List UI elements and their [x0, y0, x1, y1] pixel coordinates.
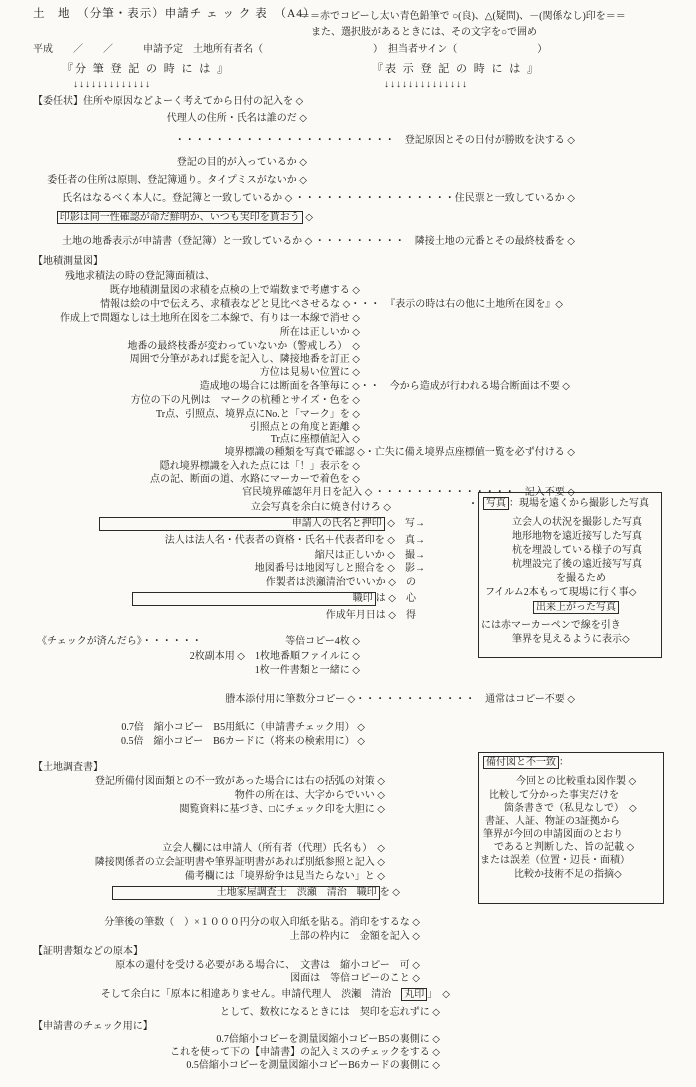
- checklist-line: 謄本添付用に筆数分コピー ◇・・・・・・・・・・・・ 通常はコピー不要 ◇: [225, 694, 575, 706]
- checklist-line: 0.7倍縮小コピーを測量図縮小コピーB5の裏側に ◇: [216, 1034, 440, 1046]
- line-text: 0.5倍 縮小コピー B6カードに（将来の検索用に） ◇: [121, 736, 365, 747]
- checklist-line: 造成地の場合には断面を各筆毎に ◇・・ 今から造成が行われる場合断面は不要 ◇: [200, 381, 570, 393]
- line-text: 所在は正しいか ◇: [280, 327, 360, 338]
- section-title: 【地積測量図】: [33, 256, 103, 268]
- check-diamond-icon: ◇: [352, 409, 360, 420]
- checklist-line: 0.5倍縮小コピーを測量図縮小コピーB6カードの裏側に ◇: [186, 1060, 440, 1072]
- checklist-line: これを使って下の【申請書】の記入ミスのチェックをする ◇: [170, 1047, 440, 1059]
- check-diamond-icon: ◇: [352, 665, 360, 676]
- checklist-line: 隣接関係者の立会証明書や筆界証明書があれば別紙参照と記入 ◇: [95, 857, 385, 869]
- photo-note-line: には赤マーカーペンで線を引き: [481, 620, 621, 632]
- line-text: 【申請書のチェック用に】: [33, 1021, 153, 1032]
- checklist-line: Tr点、引照点、境界点にNo.と「マーク」を ◇: [156, 409, 360, 421]
- line-text: 点の記、断面の道、水路にマーカーで着色を ◇: [150, 474, 360, 485]
- date-line: 平成 ／ ／ 申請予定 土地所有者名（ ） 担当者サイン（ ）: [33, 44, 547, 56]
- check-diamond-icon: ◇: [352, 395, 360, 406]
- down-arrows-icon: ↓↓↓↓↓↓↓↓↓↓↓↓↓: [73, 79, 151, 91]
- check-diamond-icon: ◇: [388, 593, 396, 604]
- check-diamond-icon: ◇: [352, 341, 360, 352]
- checklist-line: 方位は見易い位置に ◇: [260, 367, 360, 379]
- checklist-line: 縮尺は正しいか ◇ 撮→: [315, 550, 425, 562]
- line-text: 等倍コピー4枚 ◇: [285, 636, 360, 647]
- checklist-line: 登記の目的が入っているか ◇: [177, 157, 307, 169]
- checklist-line: 分筆後の筆数（ ）×１０００円分の収入印紙を貼る。消印をするな ◇: [104, 917, 420, 929]
- checklist-line: ・: [468, 499, 478, 511]
- check-diamond-icon: ◇: [432, 1060, 440, 1071]
- line-text: 境界標識の種類を写真で確認 ◇・亡失に備え境界点座標値一覧を必ず付ける ◇: [225, 447, 575, 458]
- check-diamond-icon: ◇: [387, 518, 395, 529]
- line-text: 地番の最終枝番が変わっていないか（警戒しろ） ◇: [127, 341, 360, 352]
- checklist-line: 原本の還付を受ける必要がある場合に、 文書は 縮小コピー 可 ◇: [115, 960, 420, 972]
- check-diamond-icon: ◇: [392, 887, 400, 898]
- title-note-2: また、選択肢があるときには、その文字を○で囲め: [311, 27, 537, 39]
- mismatch-note-line: または誤差（位置・辺長・面積）: [480, 855, 630, 867]
- title-note-1: ＝＝赤でコピーし太い青色鉛筆で ○(良)、△(疑問)、－(関係なし)印を＝＝: [300, 11, 626, 23]
- checklist-line: 方位の下の凡例は マークの杭種とサイズ・色を ◇: [131, 395, 360, 407]
- line-text: 委任者の住所は原則、登記簿通り。タイプミスがないか ◇: [47, 175, 307, 186]
- line-text: ・: [468, 499, 478, 510]
- checklist-line: Tr点に座標値記入 ◇: [271, 434, 360, 446]
- check-diamond-icon: ◇: [352, 422, 360, 433]
- line-text: 法人は法人名・代表者の資格・氏名＋代表者印を ◇ 真→: [165, 535, 425, 546]
- check-diamond-icon: ◇: [237, 651, 245, 662]
- line-text: 縮尺は正しいか ◇ 撮→: [315, 550, 425, 561]
- mismatch-note-line: 比較か技術不足の指摘◇: [514, 869, 622, 881]
- line-text: であると判断した、旨の記載 ◇: [494, 842, 634, 853]
- line-text: 図面は 等倍コピーのこと ◇: [290, 973, 420, 984]
- emphasis-box: 写真: [483, 497, 509, 510]
- check-diamond-icon: ◇: [412, 973, 420, 984]
- checklist-line: 所在は正しいか ◇: [280, 327, 360, 339]
- photo-note-line: 筆界を見えるように表示◇: [512, 634, 630, 646]
- line-text: 謄本添付用に筆数分コピー ◇・・・・・・・・・・・・ 通常はコピー不要 ◇: [225, 694, 575, 705]
- checklist-line: 代理人の住所・氏名は誰のだ ◇: [167, 113, 307, 125]
- line-text: 残地求積法の時の登記簿面積は、: [65, 271, 215, 282]
- check-diamond-icon: ◇: [432, 1034, 440, 1045]
- section-title: 【土地調査書】: [33, 762, 103, 774]
- check-diamond-icon: ◇: [352, 381, 360, 392]
- line-text: 周囲で分筆があれば髭を記入し、隣接地番を訂正 ◇: [130, 354, 360, 365]
- check-diamond-icon: ◇: [377, 843, 385, 854]
- page-title: 土 地 （分筆・表示）申請チ ェ ッ ク 表 （A4）: [33, 8, 316, 20]
- emphasis-box: 備付図と不一致: [483, 756, 559, 769]
- check-diamond-icon: ◇: [352, 313, 360, 324]
- line-text: 作成上で問題なしは土地所在図を二本線で、有りは一本線で消せ ◇: [60, 313, 360, 324]
- checklist-line: 土地の地番表示が申請書（登記簿）と一致しているか ◇ ・・・・・・・・・ 隣接土…: [62, 236, 575, 248]
- checklist-line: 2枚副本用 ◇ 1枚地番順ファイルに ◇: [190, 651, 360, 663]
- check-diamond-icon: ◇: [377, 776, 385, 787]
- line-text: 方位の下の凡例は マークの杭種とサイズ・色を ◇: [131, 395, 360, 406]
- check-diamond-icon: ◇: [305, 236, 313, 247]
- check-diamond-icon: ◇: [352, 636, 360, 647]
- checklist-line: 委任者の住所は原則、登記簿通り。タイプミスがないか ◇: [47, 175, 307, 187]
- check-diamond-icon: ◇: [567, 236, 575, 247]
- line-text: 引照点との角度と距離 ◇: [250, 422, 360, 433]
- check-diamond-icon: ◇: [377, 857, 385, 868]
- check-diamond-icon: ◇: [387, 563, 395, 574]
- checklist-line: 地図番号は地図写しと照合を ◇ 影→: [255, 563, 425, 575]
- photo-note-line: 出来上がった写真: [533, 602, 619, 614]
- line-text: 0.7倍縮小コピーを測量図縮小コピーB5の裏側に ◇: [216, 1034, 440, 1045]
- check-diamond-icon: ◇: [412, 931, 420, 942]
- emphasis-box: 土地家屋調査士 渋瀬 清治 職印: [112, 886, 380, 900]
- checklist-line: そして余白に「原本に相違ありません。申請代理人 渋瀬 清治 丸印」 ◇: [101, 989, 450, 1001]
- check-diamond-icon: ◇: [629, 776, 637, 787]
- checklist-line: 登記所備付図面類との不一致があった場合には右の括弧の対策 ◇: [95, 776, 385, 788]
- photo-note-line: 杭を埋設している様子の写真: [512, 545, 642, 557]
- line-text: を撮るため: [556, 573, 606, 584]
- check-diamond-icon: ◇: [357, 447, 365, 458]
- line-text: これを使って下の【申請書】の記入ミスのチェックをする ◇: [170, 1047, 440, 1058]
- check-diamond-icon: ◇: [357, 736, 365, 747]
- checklist-line: 作成上で問題なしは土地所在図を二本線で、有りは一本線で消せ ◇: [60, 313, 360, 325]
- check-diamond-icon: ◇: [383, 502, 391, 513]
- check-diamond-icon: ◇: [622, 634, 630, 645]
- photo-note-line: 杭埋設完了後の遠近接写写真: [512, 559, 642, 571]
- check-sheet: 土 地 （分筆・表示）申請チ ェ ッ ク 表 （A4） ＝＝赤でコピーし太い青色…: [0, 0, 696, 1087]
- checklist-line: 備考欄には「境界紛争は見当たらない」と ◇: [185, 871, 385, 883]
- mismatch-note-line: 比較して分かった事実だけを: [489, 790, 619, 802]
- checklist-line: 上部の枠内に 金額を記入 ◇: [290, 931, 420, 943]
- check-diamond-icon: ◇: [352, 461, 360, 472]
- check-diamond-icon: ◇: [388, 577, 396, 588]
- line-text: ◇ 写→: [385, 518, 425, 529]
- line-text: 筆界が今回の申請図面のとおり: [483, 829, 623, 840]
- checklist-line: 隠れ境界標識を入れた点には「！」表示を ◇: [160, 461, 360, 473]
- check-diamond-icon: ◇: [629, 587, 637, 598]
- checklist-line: 点の記、断面の道、水路にマーカーで着色を ◇: [150, 474, 360, 486]
- line-text: 杭埋設完了後の遠近接写写真: [512, 559, 642, 570]
- checklist-line: として、数枚になるときには 契印を忘れずに ◇: [220, 1007, 440, 1019]
- check-diamond-icon: ◇: [343, 299, 351, 310]
- line-text: ◇: [303, 212, 313, 223]
- mismatch-note-box: [478, 752, 664, 904]
- emphasis-box: 丸印: [401, 988, 427, 1001]
- checklist-line: 引照点との角度と距離 ◇: [250, 422, 360, 434]
- check-diamond-icon: ◇: [365, 487, 373, 498]
- line-text: 箇条書きで（私見なしで） ◇: [504, 803, 637, 814]
- check-diamond-icon: ◇: [352, 474, 360, 485]
- line-text: 比較して分かった事実だけを: [489, 790, 619, 801]
- line-text: 比較か技術不足の指摘◇: [514, 869, 622, 880]
- line-text: 造成地の場合には断面を各筆毎に ◇・・ 今から造成が行われる場合断面は不要 ◇: [200, 381, 570, 392]
- line-text: 立会人の状況を撮影した写真: [512, 517, 642, 528]
- checklist-line: 氏名はなるべく本人に。登記簿と一致しているか ◇ ・・・・・・・・・・・・・・・…: [62, 193, 575, 205]
- checklist-line: 0.5倍 縮小コピー B6カードに（将来の検索用に） ◇: [121, 736, 365, 748]
- check-diamond-icon: ◇: [377, 871, 385, 882]
- line-text: として、数枚になるときには 契印を忘れずに ◇: [220, 1007, 440, 1018]
- check-diamond-icon: ◇: [296, 96, 304, 107]
- checklist-line: 立会写真を余白に焼き付けろ ◇: [251, 502, 391, 514]
- check-diamond-icon: ◇: [299, 113, 307, 124]
- checklist-line: 閲覧資料に基づき、□にチェック印を大胆に ◇: [179, 804, 385, 816]
- photo-note-line: を撮るため: [556, 573, 606, 585]
- line-text: 土地の地番表示が申請書（登記簿）と一致しているか ◇ ・・・・・・・・・ 隣接土…: [62, 236, 575, 247]
- line-text: ・・・・・・・・・・・・・・・・・・・・・・ 登記原因とその日付が勝敗を決する …: [175, 135, 575, 146]
- check-diamond-icon: ◇: [299, 157, 307, 168]
- check-diamond-icon: ◇: [432, 1047, 440, 1058]
- mismatch-note-line: 箇条書きで（私見なしで） ◇: [504, 803, 637, 815]
- subheader-indication: 『表 示 登 記 の 時 に は 』: [372, 63, 540, 75]
- line-text: 情報は絵の中で伝えろ、求積表などと見比べさせるな ◇・・・ 『表示の時は右の他に…: [100, 299, 563, 310]
- line-text: 1枚一件書類と一緒に ◇: [255, 665, 360, 676]
- checklist-line: 印影は同一性確認が命だ鮮明か、いつも実印を貰おう ◇: [57, 212, 313, 224]
- checklist-line: 境界標識の種類を写真で確認 ◇・亡失に備え境界点座標値一覧を必ず付ける ◇: [225, 447, 575, 459]
- line-text: 立会写真を余白に焼き付けろ ◇: [251, 502, 391, 513]
- photo-note-line: 立会人の状況を撮影した写真: [512, 517, 642, 529]
- mismatch-note-line: 備付図と不一致：: [483, 757, 569, 769]
- line-text: 2枚副本用 ◇ 1枚地番順ファイルに ◇: [190, 651, 360, 662]
- photo-note-line: 地形地物を遠近接写した写真: [512, 531, 642, 543]
- emphasis-box: 申請人の氏名と押印: [99, 517, 385, 531]
- line-text: 杭を埋設している様子の写真: [512, 545, 642, 556]
- line-text: Tr点、引照点、境界点にNo.と「マーク」を ◇: [156, 409, 360, 420]
- check-diamond-icon: ◇: [567, 694, 575, 705]
- line-text: 《チェックが済んだら》・・・・・・: [37, 636, 202, 647]
- check-diamond-icon: ◇: [567, 447, 575, 458]
- check-diamond-icon: ◇: [352, 651, 360, 662]
- section-title: 【申請書のチェック用に】: [33, 1021, 153, 1033]
- line-text: 」 ◇: [427, 989, 450, 1000]
- mismatch-note-line: 書証、人証、物証の3証拠から: [485, 816, 620, 828]
- checklist-line: 情報は絵の中で伝えろ、求積表などと見比べさせるな ◇・・・ 『表示の時は右の他に…: [100, 299, 563, 311]
- check-diamond-icon: ◇: [567, 135, 575, 146]
- check-diamond-icon: ◇: [352, 367, 360, 378]
- check-diamond-icon: ◇: [629, 803, 637, 814]
- emphasis-box: 印影は同一性確認が命だ鮮明か、いつも実印を貰おう: [57, 211, 303, 224]
- check-diamond-icon: ◇: [352, 327, 360, 338]
- line-text: 原本の還付を受ける必要がある場合に、 文書は 縮小コピー 可 ◇: [115, 960, 420, 971]
- line-text: 地図番号は地図写しと照合を ◇ 影→: [255, 563, 425, 574]
- line-text: は ◇ 心: [376, 593, 416, 604]
- checklist-line: ・・・・・・・・・・・・・・・・・・・・・・ 登記原因とその日付が勝敗を決する …: [175, 135, 575, 147]
- photo-note-line: フイルム2本もって現場に行く事◇: [485, 587, 636, 599]
- line-text: 0.7倍 縮小コピー B5用紙に（申請書チェック用） ◇: [121, 722, 365, 733]
- checklist-line: 図面は 等倍コピーのこと ◇: [290, 973, 420, 985]
- line-text: 物件の所在は、大字からでいい ◇: [235, 790, 385, 801]
- check-diamond-icon: ◇: [347, 694, 355, 705]
- line-text: 隣接関係者の立会証明書や筆界証明書があれば別紙参照と記入 ◇: [95, 857, 385, 868]
- check-diamond-icon: ◇: [562, 381, 570, 392]
- mismatch-note-line: 筆界が今回の申請図面のとおり: [483, 829, 623, 841]
- checklist-line: 既存地積測量図の求積を点検の上で端数まで考慮する ◇: [110, 285, 360, 297]
- line-text: 登記所備付図面類との不一致があった場合には右の括弧の対策 ◇: [95, 776, 385, 787]
- checklist-line: 地番の最終枝番が変わっていないか（警戒しろ） ◇: [127, 341, 360, 353]
- line-text: フイルム2本もって現場に行く事◇: [485, 587, 636, 598]
- line-text: そして余白に「原本に相違ありません。申請代理人 渋瀬 清治: [101, 989, 402, 1000]
- line-text: 【委任状】住所や原因などよーく考えてから日付の記入を ◇: [33, 96, 303, 107]
- checklist-line: 作成年月日は ◇ 得: [326, 610, 416, 622]
- checklist-line: 作製者は渋瀬清治でいいか ◇ の: [266, 577, 416, 589]
- line-text: または誤差（位置・辺長・面積）: [480, 855, 630, 866]
- section-title: 【証明書類などの原本】: [33, 946, 143, 958]
- line-text: 立会人欄には申請人（所有者（代理）氏名も） ◇: [162, 843, 385, 854]
- line-text: 閲覧資料に基づき、□にチェック印を大胆に ◇: [179, 804, 385, 815]
- subheader-subdivision: 『分 筆 登 記 の 時 に は 』: [62, 63, 230, 75]
- line-text: 登記の目的が入っているか ◇: [177, 157, 307, 168]
- line-text: 書証、人証、物証の3証拠から: [485, 816, 620, 827]
- check-diamond-icon: ◇: [627, 842, 635, 853]
- checklist-line: 物件の所在は、大字からでいい ◇: [235, 790, 385, 802]
- check-diamond-icon: ◇: [432, 1007, 440, 1018]
- line-text: 【地積測量図】: [33, 256, 103, 267]
- checklist-line: 1枚一件書類と一緒に ◇: [255, 665, 360, 677]
- line-text: 上部の枠内に 金額を記入 ◇: [290, 931, 420, 942]
- line-text: 代理人の住所・氏名は誰のだ ◇: [167, 113, 307, 124]
- check-diamond-icon: ◇: [377, 804, 385, 815]
- line-text: Tr点に座標値記入 ◇: [271, 434, 360, 445]
- checklist-line: 土地家屋調査士 渋瀬 清治 職印を ◇: [112, 886, 400, 900]
- line-text: 今回との比較重ね図作製 ◇: [516, 776, 636, 787]
- line-text: 作成年月日は ◇ 得: [326, 610, 416, 621]
- check-diamond-icon: ◇: [387, 535, 395, 546]
- line-text: 隠れ境界標識を入れた点には「！」表示を ◇: [160, 461, 360, 472]
- checklist-line: 立会人欄には申請人（所有者（代理）氏名も） ◇: [162, 843, 385, 855]
- mismatch-note-line: であると判断した、旨の記載 ◇: [494, 842, 634, 854]
- line-text: 0.5倍縮小コピーを測量図縮小コピーB6カードの裏側に ◇: [186, 1060, 440, 1071]
- line-text: ：: [559, 757, 569, 768]
- line-text: 方位は見易い位置に ◇: [260, 367, 360, 378]
- line-text: ：現場を遠くから撮影した写真: [509, 498, 649, 509]
- line-text: 【土地調査書】: [33, 762, 103, 773]
- mismatch-note-line: 今回との比較重ね図作製 ◇: [516, 776, 636, 788]
- check-diamond-icon: ◇: [555, 299, 563, 310]
- emphasis-box: 職印: [132, 592, 376, 606]
- line-text: 氏名はなるべく本人に。登記簿と一致しているか ◇ ・・・・・・・・・・・・・・・…: [62, 193, 575, 204]
- check-diamond-icon: ◇: [412, 960, 420, 971]
- line-text: 地形地物を遠近接写した写真: [512, 531, 642, 542]
- check-diamond-icon: ◇: [352, 285, 360, 296]
- line-text: 【証明書類などの原本】: [33, 946, 143, 957]
- line-text: 既存地積測量図の求積を点検の上で端数まで考慮する ◇: [110, 285, 360, 296]
- check-diamond-icon: ◇: [352, 434, 360, 445]
- check-diamond-icon: ◇: [442, 989, 450, 1000]
- check-diamond-icon: ◇: [387, 550, 395, 561]
- line-text: 分筆後の筆数（ ）×１０００円分の収入印紙を貼る。消印をするな ◇: [104, 917, 420, 928]
- check-diamond-icon: ◇: [567, 193, 575, 204]
- emphasis-box: 出来上がった写真: [533, 601, 619, 614]
- check-diamond-icon: ◇: [299, 175, 307, 186]
- line-text: 官民境界確認年月日を記入 ◇ ・・・・・・・・・・・・・・ 記入不要 ◇: [242, 487, 575, 498]
- check-diamond-icon: ◇: [285, 193, 293, 204]
- line-text: 筆界を見えるように表示◇: [512, 634, 630, 645]
- checklist-line: 法人は法人名・代表者の資格・氏名＋代表者印を ◇ 真→: [165, 535, 425, 547]
- checklist-line: 《チェックが済んだら》・・・・・・: [37, 636, 202, 648]
- check-diamond-icon: ◇: [412, 917, 420, 928]
- checklist-line: 申請人の氏名と押印 ◇ 写→: [99, 517, 425, 531]
- check-diamond-icon: ◇: [377, 790, 385, 801]
- line-text: 作製者は渋瀬清治でいいか ◇ の: [266, 577, 416, 588]
- check-diamond-icon: ◇: [388, 610, 396, 621]
- check-diamond-icon: ◇: [614, 869, 622, 880]
- check-diamond-icon: ◇: [567, 487, 575, 498]
- check-diamond-icon: ◇: [357, 722, 365, 733]
- checklist-line: 残地求積法の時の登記簿面積は、: [65, 271, 215, 283]
- down-arrows-icon: ↓↓↓↓↓↓↓↓↓↓↓↓↓↓: [384, 79, 468, 91]
- checklist-line: 周囲で分筆があれば髭を記入し、隣接地番を訂正 ◇: [130, 354, 360, 366]
- checklist-line: 等倍コピー4枚 ◇: [285, 636, 360, 648]
- check-diamond-icon: ◇: [352, 354, 360, 365]
- section-title: 【委任状】住所や原因などよーく考えてから日付の記入を ◇: [33, 96, 303, 108]
- line-text: 備考欄には「境界紛争は見当たらない」と ◇: [185, 871, 385, 882]
- line-text: には赤マーカーペンで線を引き: [481, 620, 621, 631]
- photo-note-line: 写真：現場を遠くから撮影した写真: [483, 498, 649, 510]
- checklist-line: 0.7倍 縮小コピー B5用紙に（申請書チェック用） ◇: [121, 722, 365, 734]
- line-text: を ◇: [380, 887, 400, 898]
- checklist-line: 職印は ◇ 心: [132, 592, 416, 606]
- check-diamond-icon: ◇: [305, 212, 313, 223]
